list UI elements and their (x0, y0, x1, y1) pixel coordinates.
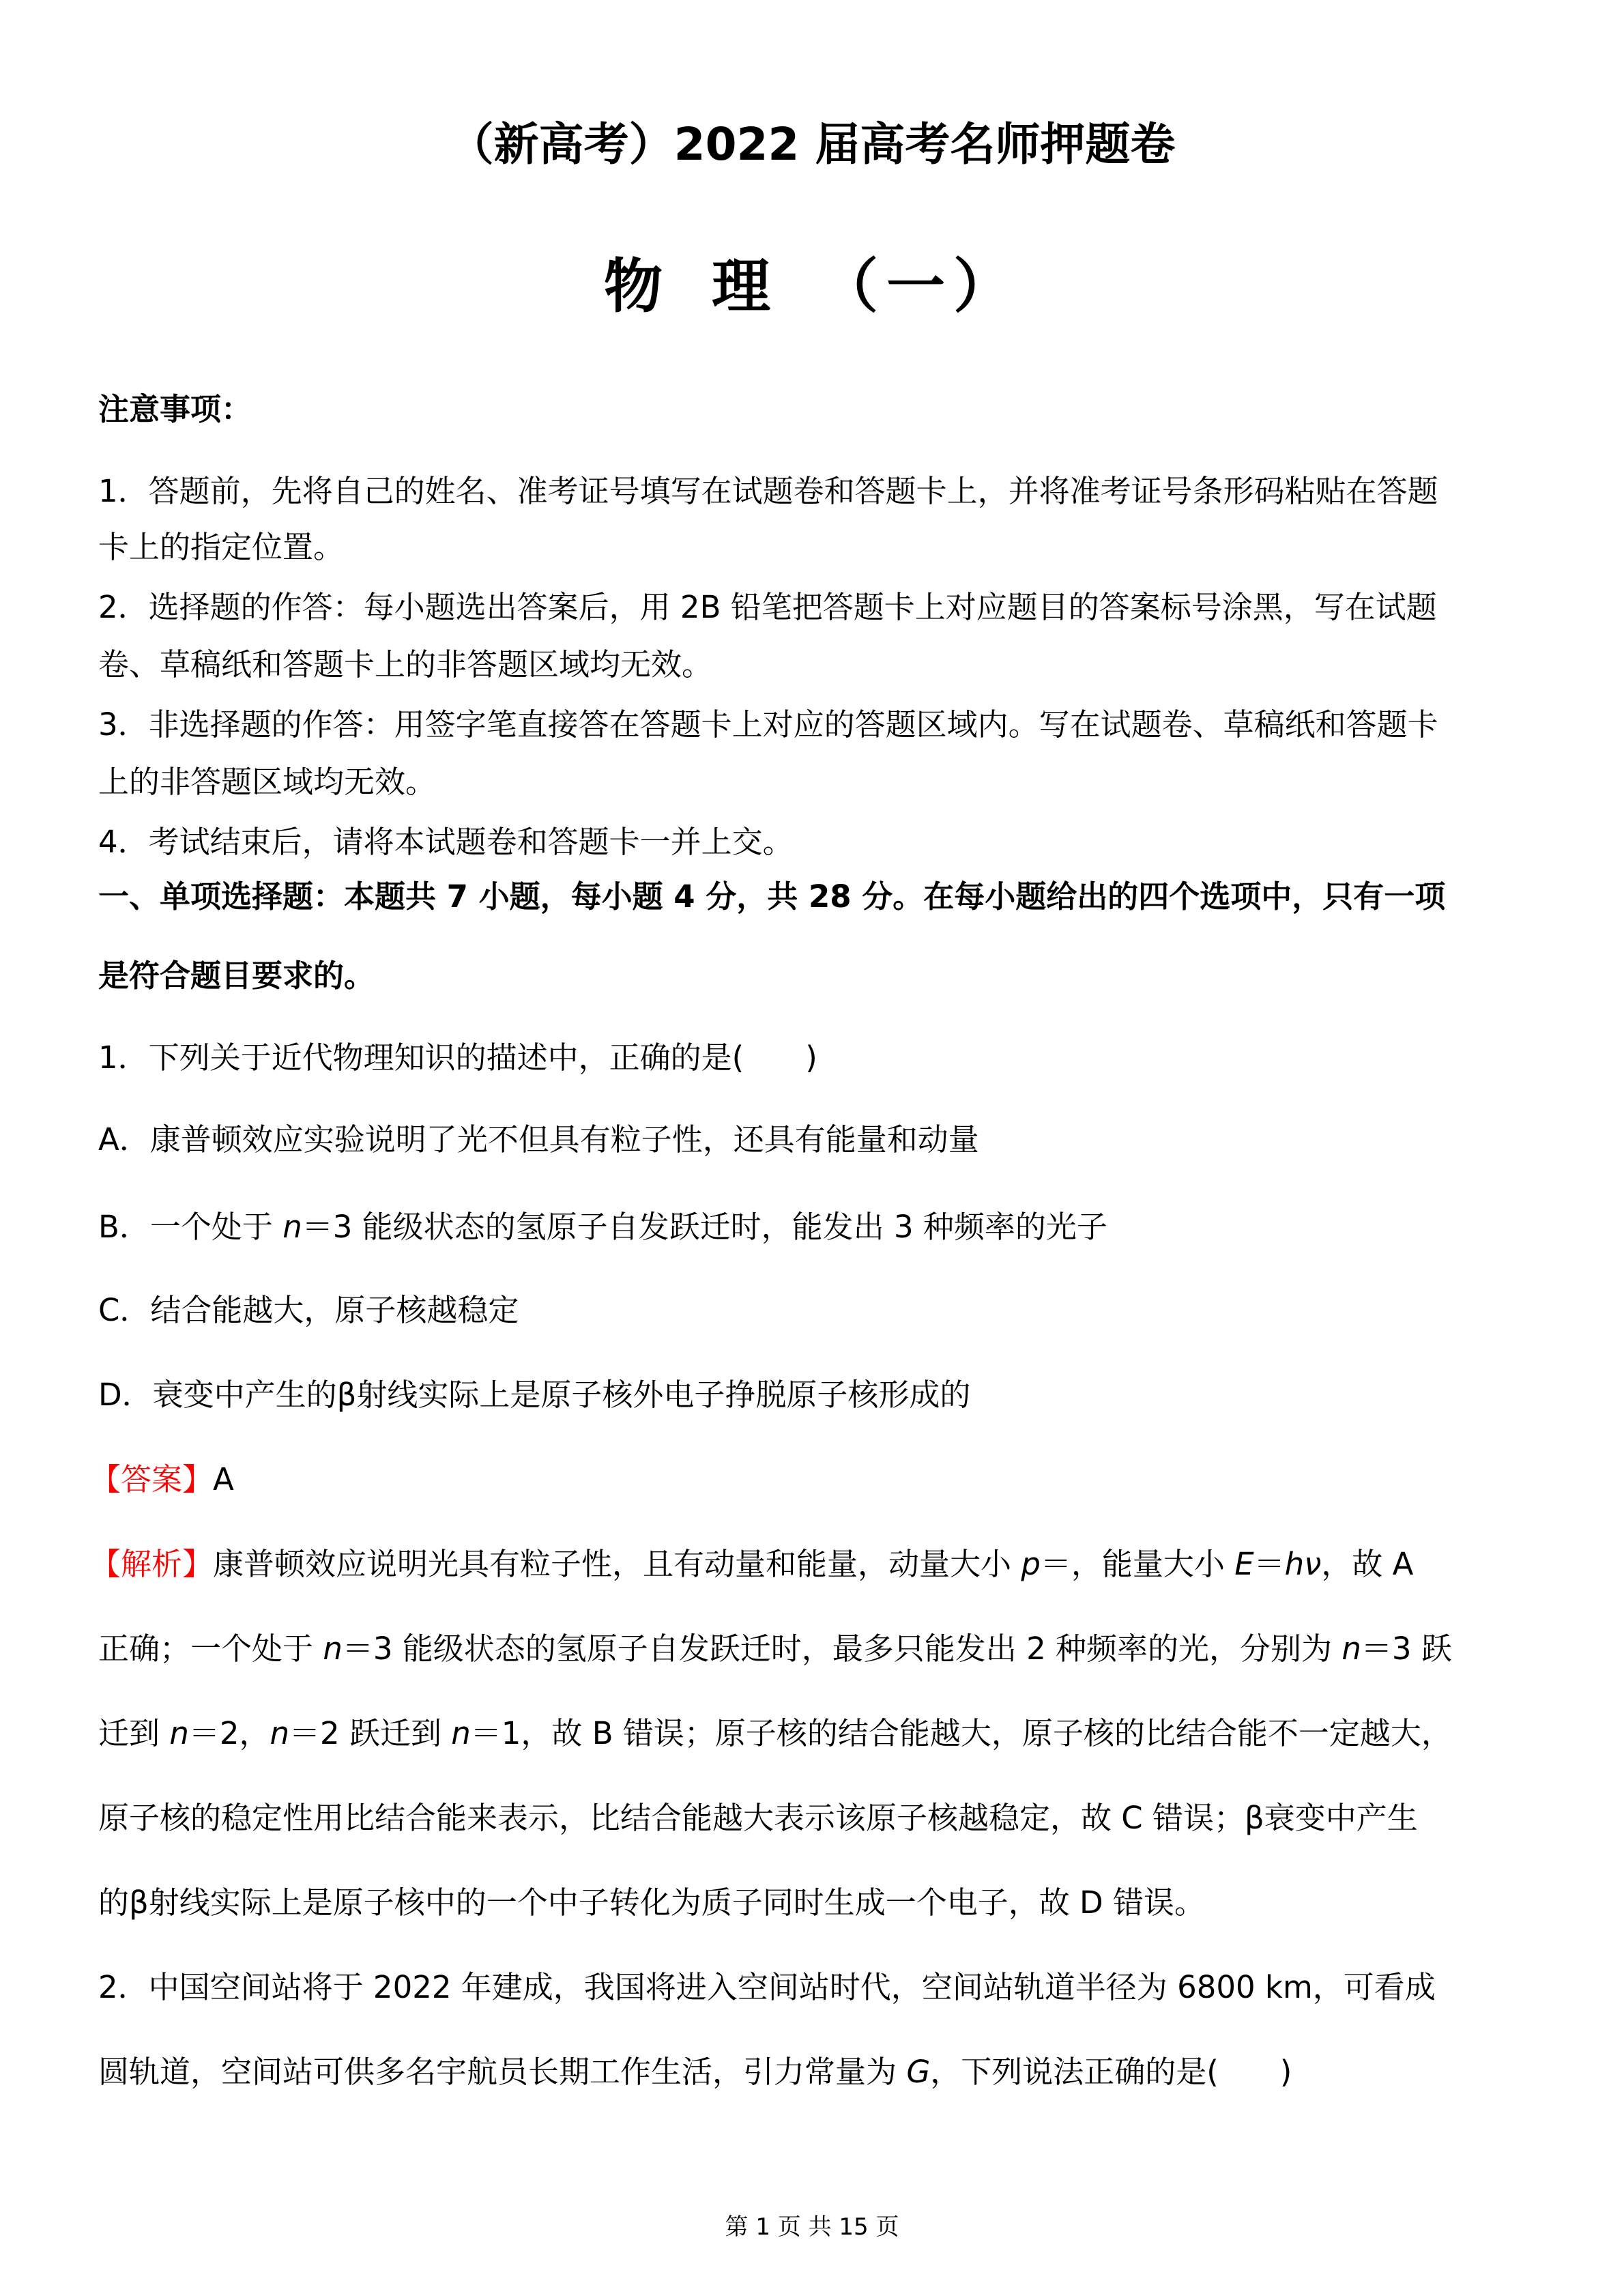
notice-item-3: 3．非选择题的作答：用签字笔直接答在答题卡上对应的答题区域内。写在试题卷、草稿纸… (98, 704, 1531, 745)
analysis-line-1: 【解析】康普顿效应说明光具有粒子性，且有动量和能量，动量大小 p＝，能量大小 E… (98, 1544, 1531, 1585)
analysis-label: 【解析】 (90, 1546, 213, 1582)
analysis-line-2: 正确；一个处于 n＝3 能级状态的氢原子自发跃迁时，最多只能发出 2 种频率的光… (98, 1628, 1531, 1669)
option-d: D．衰变中产生的β射线实际上是原子核外电子挣脱原子核形成的 (98, 1375, 1531, 1416)
option-a: A．康普顿效应实验说明了光不但具有粒子性，还具有能量和动量 (98, 1119, 1531, 1160)
question-2-stem: 2．中国空间站将于 2022 年建成，我国将进入空间站时代，空间站轨道半径为 6… (98, 1967, 1531, 2008)
notice-item-3-cont: 上的非答题区域均无效。 (98, 762, 1531, 803)
subject-char-1: 物 (604, 253, 671, 321)
notice-item-2: 2．选择题的作答：每小题选出答案后，用 2B 铅笔把答题卡上对应题目的答案标号涂… (98, 587, 1531, 628)
section-heading-cont: 是符合题目要求的。 (98, 956, 1531, 996)
answer-label: 【答案】 (90, 1461, 213, 1497)
option-c: C．结合能越大，原子核越稳定 (98, 1290, 1531, 1331)
analysis-line-3: 迁到 n＝2，n＝2 跃迁到 n＝1，故 B 错误；原子核的结合能越大，原子核的… (98, 1713, 1531, 1754)
analysis-line-4: 原子核的稳定性用比结合能来表示，比结合能越大表示该原子核越稳定，故 C 错误；β… (98, 1798, 1531, 1839)
answer-value: A (213, 1461, 234, 1497)
notice-heading: 注意事项： (98, 389, 1531, 430)
answer-line: 【答案】A (98, 1459, 1531, 1500)
notice-item-4: 4．考试结束后，请将本试题卷和答题卡一并上交。 (98, 822, 1531, 863)
volume-number: （一） (820, 253, 1020, 321)
notice-item-1: 1．答题前，先将自己的姓名、准考证号填写在试题卷和答题卡上，并将准考证号条形码粘… (98, 471, 1531, 512)
option-b: B．一个处于 n＝3 能级状态的氢原子自发跃迁时，能发出 3 种频率的光子 (98, 1207, 1531, 1248)
notice-item-1-cont: 卡上的指定位置。 (98, 527, 1531, 568)
subject-char-2: 理 (712, 253, 779, 321)
notice-item-2-cont: 卷、草稿纸和答题卡上的非答题区域均无效。 (98, 644, 1531, 685)
page-number: 第 1 页 共 15 页 (0, 2208, 1624, 2241)
subject-title: 物理（一） (0, 239, 1624, 324)
exam-title: （新高考）2022 届高考名师押题卷 (0, 108, 1624, 173)
question-1-stem: 1．下列关于近代物理知识的描述中，正确的是( ) (98, 1037, 1531, 1078)
question-2-stem-cont: 圆轨道，空间站可供多名宇航员长期工作生活，引力常量为 G，下列说法正确的是( ) (98, 2052, 1531, 2093)
analysis-line-5: 的β射线实际上是原子核中的一个中子转化为质子同时生成一个电子，故 D 错误。 (98, 1882, 1531, 1923)
exam-page: （新高考）2022 届高考名师押题卷 物理（一） 注意事项： 1．答题前，先将自… (0, 0, 1624, 2296)
section-heading: 一、单项选择题：本题共 7 小题，每小题 4 分，共 28 分。在每小题给出的四… (98, 876, 1531, 917)
